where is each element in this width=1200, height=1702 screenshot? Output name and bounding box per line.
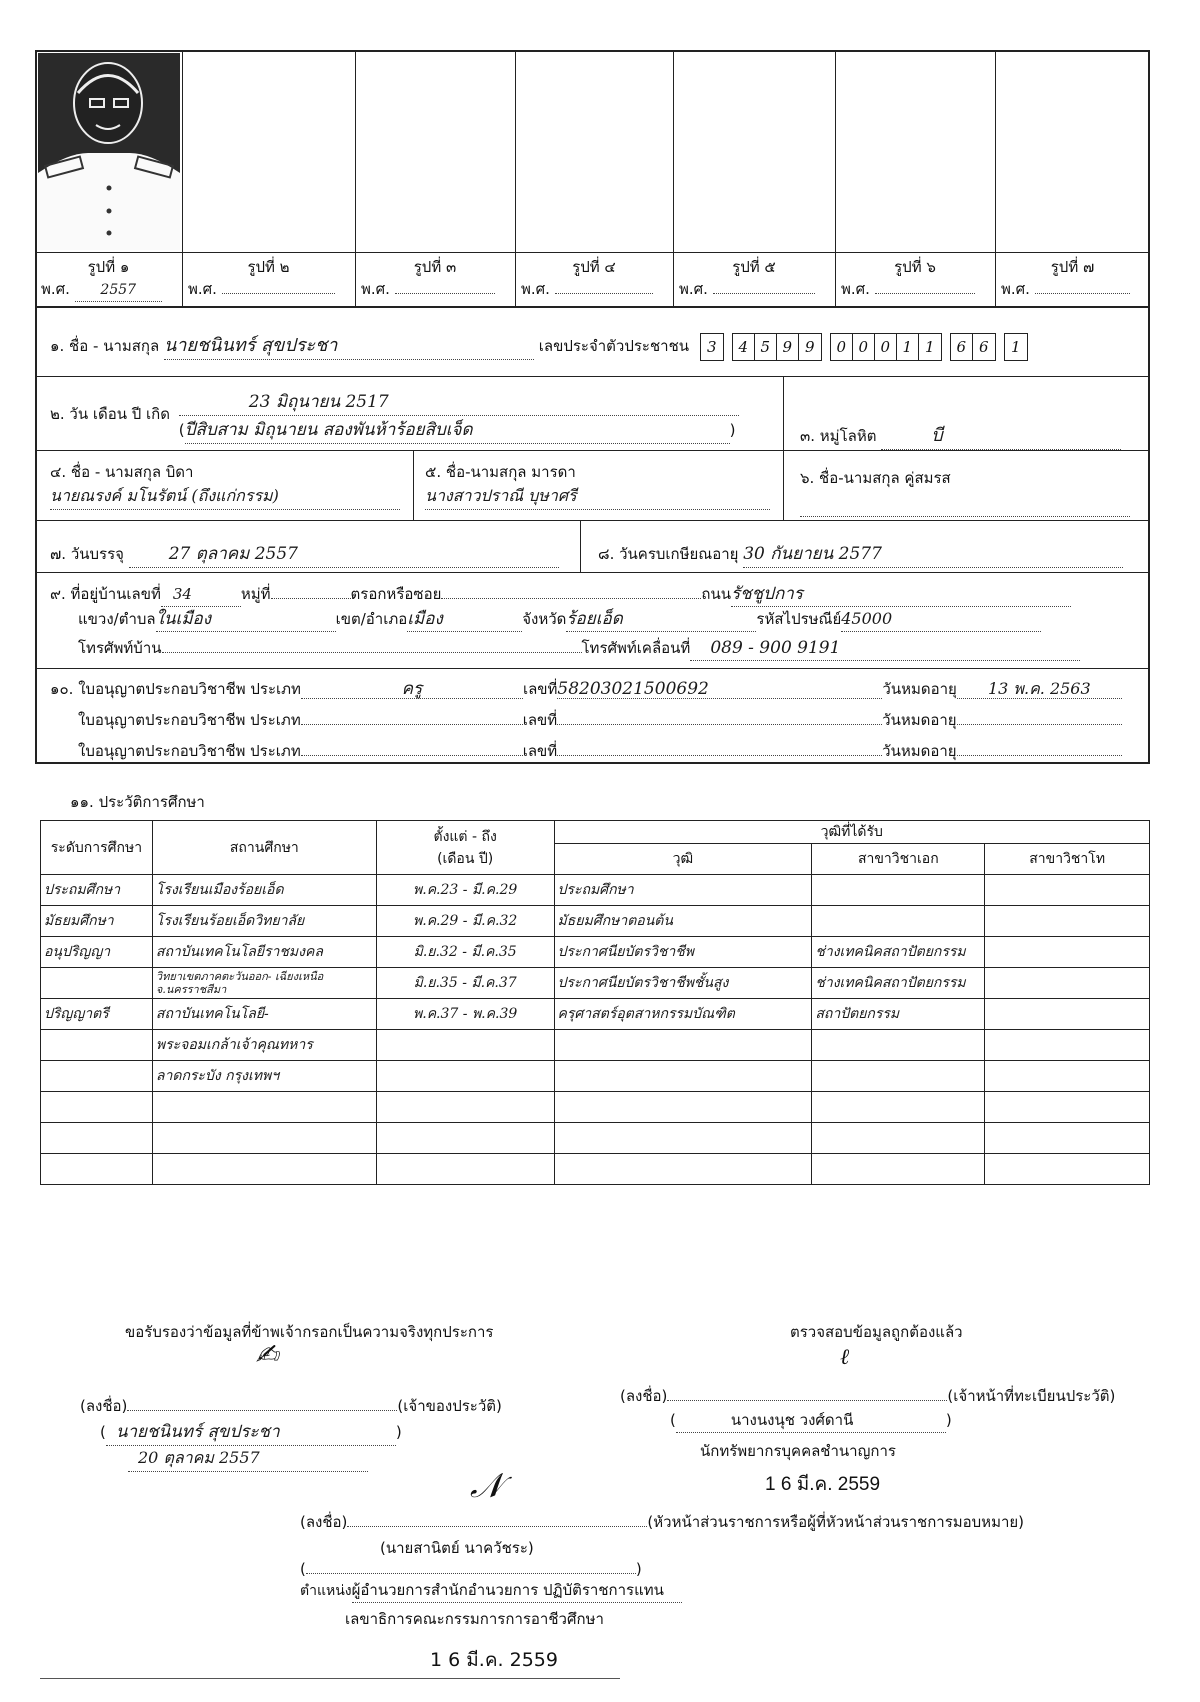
photo-year-label: พ.ศ. (841, 280, 870, 298)
education-minor (985, 1092, 1150, 1123)
head-sign-label: (ลงชื่อ) (300, 1513, 347, 1531)
license-row: ๑๐. ใบอนุญาตประกอบวิชาชีพ ประเภทครูเลขที… (50, 676, 1122, 702)
education-row: พระจอมเกล้าเจ้าคุณทหาร (41, 1030, 1150, 1061)
soi-label: ตรอกหรือซอย (351, 585, 442, 603)
license-no-label: เลขที่ (523, 680, 557, 698)
education-major: สถาปัตยกรรม (812, 999, 985, 1030)
blood-type-value: บี (881, 420, 1121, 450)
section-spouse: ๖. ชื่อ-นามสกุล คู่สมรส (800, 466, 1130, 521)
education-level (41, 968, 153, 999)
education-degree (554, 1123, 812, 1154)
education-minor (985, 999, 1150, 1030)
education-level: มัธยมศึกษา (41, 906, 153, 937)
owner-name: นายชนินทร์ สุขประชา (106, 1418, 396, 1446)
license-exp: 13 พ.ค. 2563 (957, 676, 1122, 699)
officer-statement: ตรวจสอบข้อมูลถูกต้องแล้ว (790, 1320, 1180, 1344)
education-degree: ครุศาสตร์อุตสาหกรรมบัณฑิต (554, 999, 812, 1030)
education-major (812, 1092, 985, 1123)
education-degree (554, 1154, 812, 1185)
id-label: เลขประจำตัวประชาชน (539, 337, 689, 355)
education-institution: โรงเรียนร้อยเอ็ดวิทยาลัย (152, 906, 376, 937)
license-type-label: ใบอนุญาตประกอบวิชาชีพ ประเภท (78, 711, 301, 729)
education-minor (985, 906, 1150, 937)
home-phone-value (162, 632, 582, 653)
head-certification: 𝒩 (ลงชื่อ)(หัวหน้าส่วนราชการหรือผู้ที่หั… (300, 1470, 1180, 1675)
license-exp-label: วันหมดอายุ (882, 711, 956, 729)
education-row: ปริญญาตรีสถาบันเทคโนโลยี-พ.ค.37 - พ.ค.39… (41, 999, 1150, 1030)
photo-year (555, 293, 653, 294)
postcode-value: 45000 (841, 607, 1041, 632)
education-minor (985, 875, 1150, 906)
photo-year-label: พ.ศ. (361, 280, 390, 298)
education-period: พ.ค.37 - พ.ค.39 (376, 999, 554, 1030)
mother-value: นางสาวปราณี บุษาศรี (425, 484, 770, 510)
education-level (41, 1123, 153, 1154)
education-period (376, 1123, 554, 1154)
education-major (812, 1030, 985, 1061)
education-major (812, 1123, 985, 1154)
photo-year (395, 293, 495, 294)
photo-year-label: พ.ศ. (188, 280, 217, 298)
name-label: ๑. ชื่อ - นามสกุล (50, 337, 159, 355)
license-type (301, 702, 523, 725)
education-period: พ.ค.29 - มี.ค.32 (376, 906, 554, 937)
soi-value (441, 598, 701, 599)
head-role: (หัวหน้าส่วนราชการหรือผู้ที่หัวหน้าส่วนร… (647, 1513, 1024, 1531)
header-degree: วุฒิ (554, 844, 812, 875)
appointment-value: 27 ตุลาคม 2557 (129, 540, 559, 568)
photo-label: รูปที่ ๓ (355, 256, 515, 278)
photo-label: รูปที่ ๔ (515, 256, 673, 278)
education-degree (554, 1030, 812, 1061)
birthdate-value: 23 มิถุนายน 2517 (179, 388, 739, 416)
header-level: ระดับการศึกษา (41, 821, 153, 875)
father-label: ๔. ชื่อ - นามสกุล บิดา (50, 460, 400, 484)
header-major: สาขาวิชาเอก (812, 844, 985, 875)
education-period: มิ.ย.32 - มี.ค.35 (376, 937, 554, 968)
education-minor (985, 937, 1150, 968)
id-group: 4599 (732, 333, 822, 361)
education-title: ๑๑. ประวัติการศึกษา (70, 790, 205, 814)
education-institution: พระจอมเกล้าเจ้าคุณทหาร (152, 1030, 376, 1061)
owner-signature[interactable]: ✍︎ (255, 1338, 278, 1371)
owner-role: (เจ้าของประวัติ) (397, 1397, 501, 1415)
education-level: ประถมศึกษา (41, 875, 153, 906)
education-period (376, 1061, 554, 1092)
education-level: อนุปริญญา (41, 937, 153, 968)
father-value: นายณรงค์ มโนรัตน์ (ถึงแก่กรรม) (50, 484, 400, 510)
education-period (376, 1030, 554, 1061)
id-digit: 9 (777, 334, 799, 360)
photo-year-label: พ.ศ. (679, 280, 708, 298)
education-major (812, 875, 985, 906)
education-minor (985, 1061, 1150, 1092)
head-date-stamp: 1 6 มี.ค. 2559 (430, 1645, 1180, 1675)
education-row: มัธยมศึกษาโรงเรียนร้อยเอ็ดวิทยาลัยพ.ค.29… (41, 906, 1150, 937)
license-exp (957, 702, 1122, 725)
officer-signature[interactable]: ℓ (840, 1344, 849, 1370)
profile-photo (38, 53, 180, 250)
id-digit: 0 (853, 334, 875, 360)
id-digit: 1 (1005, 334, 1027, 360)
header-minor: สาขาวิชาโท (985, 844, 1150, 875)
id-group: 66 (950, 333, 996, 361)
retirement-value: 30 กันยายน 2577 (743, 540, 1123, 568)
officer-name: นางนงนุช วงศ์ดานี (676, 1408, 946, 1433)
education-degree: ประกาศนียบัตรวิชาชีพชั้นสูง (554, 968, 812, 999)
education-degree (554, 1061, 812, 1092)
owner-certification: ขอรับรองว่าข้อมูลที่ข้าพเจ้ากรอกเป็นความ… (80, 1320, 600, 1472)
id-group: 1 (1004, 333, 1028, 361)
education-period (376, 1154, 554, 1185)
district-value: เมือง (407, 607, 522, 632)
photo-caption-6: รูปที่ ๖พ.ศ. (835, 256, 995, 300)
head-position-label: ตำแหน่ง (300, 1583, 352, 1599)
officer-sign-label: (ลงชื่อ) (620, 1387, 667, 1405)
education-degree: ประถมศึกษา (554, 875, 812, 906)
header-period: ตั้งแต่ - ถึง(เดือน ปี) (376, 821, 554, 875)
photo-caption-7: รูปที่ ๗พ.ศ. (995, 256, 1150, 300)
license-no-label: เลขที่ (523, 742, 557, 760)
education-institution (152, 1123, 376, 1154)
education-row (41, 1092, 1150, 1123)
photo-caption-4: รูปที่ ๔พ.ศ. (515, 256, 673, 300)
education-institution (152, 1154, 376, 1185)
license-type-label: ใบอนุญาตประกอบวิชาชีพ ประเภท (78, 742, 301, 760)
id-digit: 5 (755, 334, 777, 360)
photo-caption-2: รูปที่ ๒พ.ศ. (182, 256, 355, 300)
postcode-label: รหัสไปรษณีย์ (756, 610, 841, 628)
education-level: ปริญญาตรี (41, 999, 153, 1030)
photo-caption-3: รูปที่ ๓พ.ศ. (355, 256, 515, 300)
education-minor (985, 1154, 1150, 1185)
province-label: จังหวัด (522, 610, 566, 628)
education-level (41, 1030, 153, 1061)
subdistrict-value: ในเมือง (156, 607, 336, 632)
birthdate-label: ๒. วัน เดือน ปี เกิด (50, 405, 170, 423)
subdistrict-label: แขวง/ตำบล (78, 610, 156, 628)
photo-label: รูปที่ ๗ (995, 256, 1150, 278)
photo-label: รูปที่ ๕ (673, 256, 835, 278)
header-degree-group: วุฒิที่ได้รับ (554, 821, 1149, 844)
education-row: ประถมศึกษาโรงเรียนเมืองร้อยเอ็ดพ.ค.23 - … (41, 875, 1150, 906)
license-type: ครู (301, 676, 523, 699)
education-period (376, 1092, 554, 1123)
photo-caption-1: รูปที่ ๑พ.ศ. 2557 (35, 256, 182, 302)
license-exp (957, 733, 1122, 756)
road-value: รัชชูปการ (731, 582, 1071, 607)
education-row (41, 1123, 1150, 1154)
photo-year (1035, 293, 1130, 294)
spouse-label: ๖. ชื่อ-นามสกุล คู่สมรส (800, 466, 1130, 490)
license-no (557, 702, 882, 725)
section-address: ๙. ที่อยู่บ้านเลขที่34หมู่ที่ตรอกหรือซอย… (50, 582, 1080, 661)
header-institution: สถานศึกษา (152, 821, 376, 875)
national-id-boxes: 3459900011661 (700, 337, 1036, 355)
license-exp-label: วันหมดอายุ (882, 742, 956, 760)
photo-label: รูปที่ ๒ (182, 256, 355, 278)
id-digit: 1 (919, 334, 941, 360)
license-no (557, 733, 882, 756)
section-mother: ๕. ชื่อ-นามสกุล มารดา นางสาวปราณี บุษาศร… (425, 460, 770, 510)
home-phone-label: โทรศัพท์บ้าน (78, 639, 162, 657)
retirement-label: ๘. วันครบเกษียณอายุ (598, 545, 738, 563)
education-degree: มัธยมศึกษาตอนต้น (554, 906, 812, 937)
license-prefix: ๑๐. (50, 680, 73, 698)
section-appointment-date: ๗. วันบรรจุ 27 ตุลาคม 2557 (50, 540, 559, 568)
id-digit: 6 (951, 334, 973, 360)
mobile-value: 089 - 900 9191 (690, 636, 1080, 661)
license-type-label: ใบอนุญาตประกอบวิชาชีพ ประเภท (78, 680, 301, 698)
house-no-label: ๙. ที่อยู่บ้านเลขที่ (50, 585, 161, 603)
education-institution: สถาบันเทคโนโลยี- (152, 999, 376, 1030)
section-name: ๑. ชื่อ - นามสกุล นายชนินทร์ สุขประชา เล… (50, 330, 1036, 361)
id-digit: 3 (701, 334, 723, 360)
education-row: ลาดกระบัง กรุงเทพฯ (41, 1061, 1150, 1092)
name-value: นายชนินทร์ สุขประชา (164, 330, 534, 360)
education-period: พ.ค.23 - มี.ค.29 (376, 875, 554, 906)
moo-value (271, 598, 351, 599)
spouse-value (800, 496, 1130, 517)
photo-year-label: พ.ศ. (521, 280, 550, 298)
head-position-line1: ผู้อำนวยการสำนักอำนวยการ ปฏิบัติราชการแท… (352, 1578, 682, 1603)
owner-date: 20 ตุลาคม 2557 (128, 1446, 368, 1472)
blood-type-label: ๓. หมู่โลหิต (800, 427, 876, 445)
education-level (41, 1154, 153, 1185)
education-institution: ลาดกระบัง กรุงเทพฯ (152, 1061, 376, 1092)
id-digit: 0 (831, 334, 853, 360)
officer-role: (เจ้าหน้าที่ทะเบียนประวัติ) (947, 1387, 1115, 1405)
id-digit: 1 (897, 334, 919, 360)
id-group: 3 (700, 333, 724, 361)
id-digit: 9 (799, 334, 821, 360)
owner-statement: ขอรับรองว่าข้อมูลที่ข้าพเจ้ากรอกเป็นความ… (125, 1320, 600, 1344)
house-no-value: 34 (161, 582, 241, 607)
section-licenses: ๑๐. ใบอนุญาตประกอบวิชาชีพ ประเภทครูเลขที… (50, 676, 1122, 764)
education-institution: โรงเรียนเมืองร้อยเอ็ด (152, 875, 376, 906)
education-major: ช่างเทคนิคสถาปัตยกรรม (812, 968, 985, 999)
head-signature[interactable]: 𝒩 (470, 1466, 503, 1506)
id-digit: 6 (973, 334, 995, 360)
district-label: เขต/อำเภอ (336, 610, 408, 628)
section-birthdate: ๒. วัน เดือน ปี เกิด 23 มิถุนายน 2517 (ป… (50, 388, 739, 444)
education-major (812, 1061, 985, 1092)
photo-caption-5: รูปที่ ๕พ.ศ. (673, 256, 835, 300)
education-minor (985, 1123, 1150, 1154)
head-name: (นายสานิตย์ นาควัชระ) (380, 1536, 1180, 1560)
education-row: อนุปริญญาสถาบันเทคโนโลยีราชมงคลมิ.ย.32 -… (41, 937, 1150, 968)
photo-year-label: พ.ศ. (1001, 280, 1030, 298)
appointment-label: ๗. วันบรรจุ (50, 545, 124, 563)
education-major (812, 1154, 985, 1185)
id-digit: 0 (875, 334, 897, 360)
license-no-label: เลขที่ (523, 711, 557, 729)
education-institution: วิทยาเขตภาคตะวันออก- เฉียงเหนือ จ.นครราช… (152, 968, 376, 999)
education-minor (985, 968, 1150, 999)
moo-label: หมู่ที่ (241, 585, 271, 603)
license-row: ใบอนุญาตประกอบวิชาชีพ ประเภทเลขที่วันหมด… (78, 733, 1122, 764)
photo-year (875, 293, 975, 294)
license-row: ใบอนุญาตประกอบวิชาชีพ ประเภทเลขที่วันหมด… (78, 702, 1122, 733)
section-blood-type: ๓. หมู่โลหิต บี (800, 420, 1121, 450)
owner-sign-label: (ลงชื่อ) (80, 1397, 127, 1415)
photo-label: รูปที่ ๑ (35, 256, 182, 278)
education-table: ระดับการศึกษา สถานศึกษา ตั้งแต่ - ถึง(เด… (40, 820, 1150, 1185)
road-label: ถนน (701, 585, 731, 603)
photo-year (713, 293, 815, 294)
officer-position: นักทรัพยากรบุคคลชำนาญการ (700, 1439, 1180, 1463)
education-row: วิทยาเขตภาคตะวันออก- เฉียงเหนือ จ.นครราช… (41, 968, 1150, 999)
mother-label: ๕. ชื่อ-นามสกุล มารดา (425, 460, 770, 484)
section-retirement-date: ๘. วันครบเกษียณอายุ 30 กันยายน 2577 (598, 540, 1123, 568)
id-group: 00011 (830, 333, 942, 361)
education-minor (985, 1030, 1150, 1061)
photo-year: 2557 (75, 279, 162, 302)
birthdate-text: ปีสิบสาม มิถุนายน สองพันห้าร้อยสิบเจ็ด (185, 416, 730, 444)
photo-year (222, 293, 335, 294)
education-institution (152, 1092, 376, 1123)
license-type (301, 733, 523, 756)
education-period: มิ.ย.35 - มี.ค.37 (376, 968, 554, 999)
section-father: ๔. ชื่อ - นามสกุล บิดา นายณรงค์ มโนรัตน์… (50, 460, 400, 510)
photo-year-label: พ.ศ. (41, 280, 70, 298)
education-degree: ประกาศนียบัตรวิชาชีพ (554, 937, 812, 968)
education-major (812, 906, 985, 937)
education-level (41, 1061, 153, 1092)
education-row (41, 1154, 1150, 1185)
license-no: 58203021500692 (557, 676, 882, 699)
education-major: ช่างเทคนิคสถาปัตยกรรม (812, 937, 985, 968)
head-position-line2: เลขาธิการคณะกรรมการการอาชีวศึกษา (345, 1607, 1180, 1631)
education-level (41, 1092, 153, 1123)
education-degree (554, 1092, 812, 1123)
license-exp-label: วันหมดอายุ (882, 680, 956, 698)
mobile-label: โทรศัพท์เคลื่อนที่ (582, 639, 691, 657)
education-institution: สถาบันเทคโนโลยีราชมงคล (152, 937, 376, 968)
photo-label: รูปที่ ๖ (835, 256, 995, 278)
province-value: ร้อยเอ็ด (566, 607, 756, 632)
id-digit: 4 (733, 334, 755, 360)
